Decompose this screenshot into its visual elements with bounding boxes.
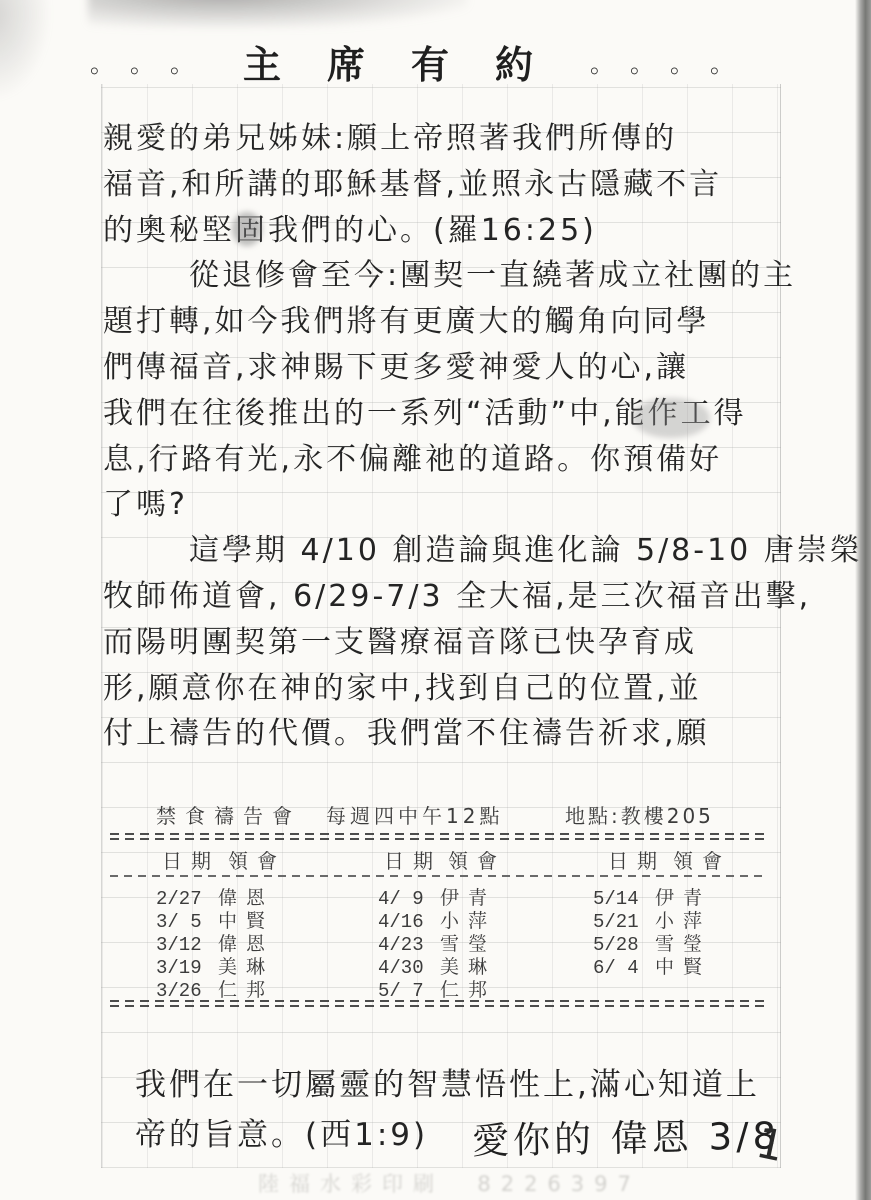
table-row: 6/ 4中賢 — [593, 952, 711, 974]
double-dashed-rule — [110, 833, 768, 841]
signature: 愛你的 偉恩 3/8 — [472, 1105, 781, 1164]
cell-date: 5/ 7 — [378, 980, 440, 1002]
table-row: 5/21小萍 — [593, 906, 711, 928]
table-row: 5/ 7仁邦 — [378, 975, 496, 997]
schedule-time: 每週四中午12點 — [326, 800, 503, 829]
column-header-leader: 領會 — [448, 845, 506, 874]
schedule-column-headers: 日期 領會 日期 領會 日期 領會 — [110, 845, 768, 871]
letter-line: 福音,和所講的耶穌基督,並照永古隱藏不言 — [103, 162, 781, 208]
schedule-location: 地點:教樓205 — [565, 800, 714, 829]
letter-line: 從退修會至今:團契一直繞著成立社團的主 — [103, 253, 781, 299]
table-row: 4/23雪瑩 — [378, 929, 496, 951]
column-header-date: 日期 — [608, 845, 666, 874]
letter-line: 了嗎? — [103, 482, 781, 528]
table-row: 5/28雪瑩 — [593, 929, 711, 951]
letter-line: 的奧秘堅固我們的心。(羅16:25) — [103, 208, 781, 254]
title-decoration-circles-right: 。。。。 — [590, 44, 762, 79]
column-header-leader: 領會 — [673, 845, 731, 874]
cell-date: 3/26 — [156, 980, 218, 1002]
letter-line: 親愛的弟兄姊妹:願上帝照著我們所傳的 — [103, 116, 781, 162]
title-decoration-circles-left: 。。。 — [90, 44, 222, 79]
table-row: 4/30美琳 — [378, 952, 496, 974]
printer-mark-watermark: 陸福水彩印刷 8226397 — [258, 1168, 641, 1198]
table-row: 3/19美琳 — [156, 952, 274, 974]
table-row: 3/ 5中賢 — [156, 906, 274, 928]
letter-line: 形,願意你在神的家中,找到自己的位置,並 — [103, 666, 781, 712]
cell-leader: 仁邦 — [218, 979, 274, 1001]
cell-leader: 中賢 — [655, 956, 711, 978]
page-title: 主席有約 — [233, 34, 579, 89]
column-header-leader: 領會 — [228, 845, 286, 874]
schedule-rows: 2/27偉恩 3/ 5中賢 3/12偉恩 3/19美琳 3/26仁邦 4/ 9伊… — [110, 883, 768, 999]
table-row: 5/14伊青 — [593, 883, 711, 905]
scanned-letter-page: 。。。 主席有約 。。。。 親愛的弟兄姊妹:願上帝照著我們所傳的 福音,和所講的… — [0, 0, 871, 1200]
table-row: 4/ 9伊青 — [378, 883, 496, 905]
table-row: 2/27偉恩 — [156, 883, 274, 905]
cell-date: 6/ 4 — [593, 957, 655, 979]
letter-line: 牧師佈道會, 6/29-7/3 全大福,是三次福音出擊, — [103, 574, 781, 620]
schedule-header: 禁食禱告會 每週四中午12點 地點:教樓205 — [110, 800, 768, 832]
ink-smudge — [632, 398, 710, 438]
letter-line: 們傳福音,求神賜下更多愛神愛人的心,讓 — [103, 345, 781, 391]
table-row: 3/12偉恩 — [156, 929, 274, 951]
letter-line: 付上禱告的代價。我們當不住禱告祈求,願 — [103, 711, 781, 757]
scan-smudge-corner — [0, 0, 52, 102]
page-title-row: 。。。 主席有約 。。。。 — [90, 34, 762, 89]
column-header-date: 日期 — [384, 845, 442, 874]
schedule-name: 禁食禱告會 — [156, 800, 301, 829]
closing-line: 我們在一切屬靈的智慧悟性上,滿心知道上 — [135, 1060, 775, 1110]
table-row: 4/16小萍 — [378, 906, 496, 928]
column-header-date: 日期 — [162, 845, 220, 874]
table-row: 3/26仁邦 — [156, 975, 274, 997]
letter-line: 而陽明團契第一支醫療福音隊已快孕育成 — [103, 620, 781, 666]
ink-smudge — [232, 212, 262, 246]
scan-smudge-top — [88, 0, 468, 28]
letter-line: 這學期 4/10 創造論與進化論 5/8-10 唐崇榮 — [103, 528, 781, 574]
single-dashed-rule — [110, 875, 768, 877]
prayer-meeting-schedule: 禁食禱告會 每週四中午12點 地點:教樓205 日期 領會 日期 領會 日期 領… — [110, 800, 768, 1012]
cell-leader: 仁邦 — [440, 979, 496, 1001]
scan-edge-shadow — [855, 0, 871, 1200]
letter-line: 息,行路有光,永不偏離祂的道路。你預備好 — [103, 437, 781, 483]
letter-line: 題打轉,如今我們將有更廣大的觸角向同學 — [103, 299, 781, 345]
